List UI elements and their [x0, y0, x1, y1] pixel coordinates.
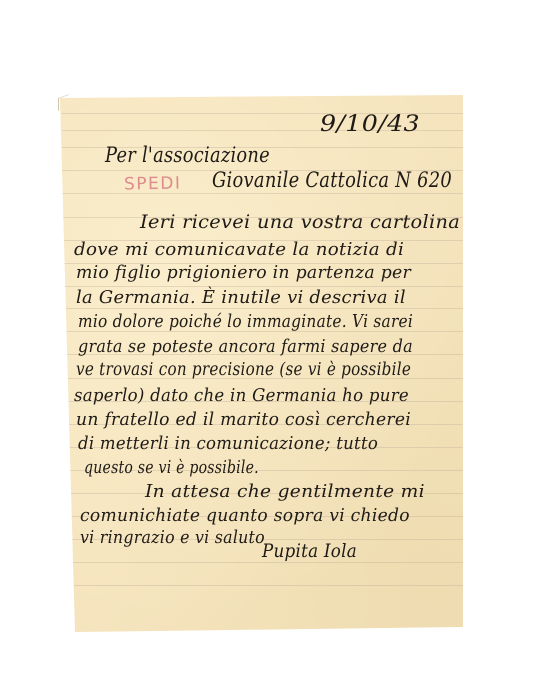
recipient-line-2: Giovanile Cattolica N 620	[212, 168, 452, 192]
closing-line: In attesa che gentilmente mi	[145, 481, 425, 502]
body-line: Ieri ricevei una vostra cartolina	[140, 211, 460, 233]
ruled-line	[62, 193, 463, 194]
body-line: mio figlio prigioniero in partenza per	[76, 262, 411, 283]
closing-line: vi ringrazio e vi saluto	[80, 527, 265, 548]
closing-line: comunichiate quanto sopra vi chiedo	[80, 505, 410, 526]
recipient-line-1: Per l'associazione	[105, 143, 270, 167]
body-line: la Germania. È inutile vi descriva il	[76, 287, 406, 308]
body-line: questo se vi è possibile.	[84, 457, 259, 478]
body-line: dove mi comunicavate la notizia di	[74, 239, 404, 260]
body-line: un fratello ed il marito così cercherei	[76, 409, 411, 430]
body-line: saperlo) dato che in Germania ho pure	[74, 385, 409, 406]
body-line: mio dolore poiché lo immaginate. Vi sare…	[78, 311, 413, 332]
letter-date: 9/10/43	[320, 112, 420, 137]
body-line: di metterli in comunicazione; tutto	[78, 433, 378, 454]
body-line: ve trovasi con precisione (se vi è possi…	[76, 360, 411, 380]
ruled-line	[62, 562, 463, 563]
body-line: grata se poteste ancora farmi sapere da	[78, 336, 413, 357]
signature: Pupita Iola	[262, 540, 357, 562]
ruled-line	[62, 308, 463, 309]
spedi-stamp: SPEDI	[124, 174, 182, 195]
ruled-line	[62, 585, 463, 586]
